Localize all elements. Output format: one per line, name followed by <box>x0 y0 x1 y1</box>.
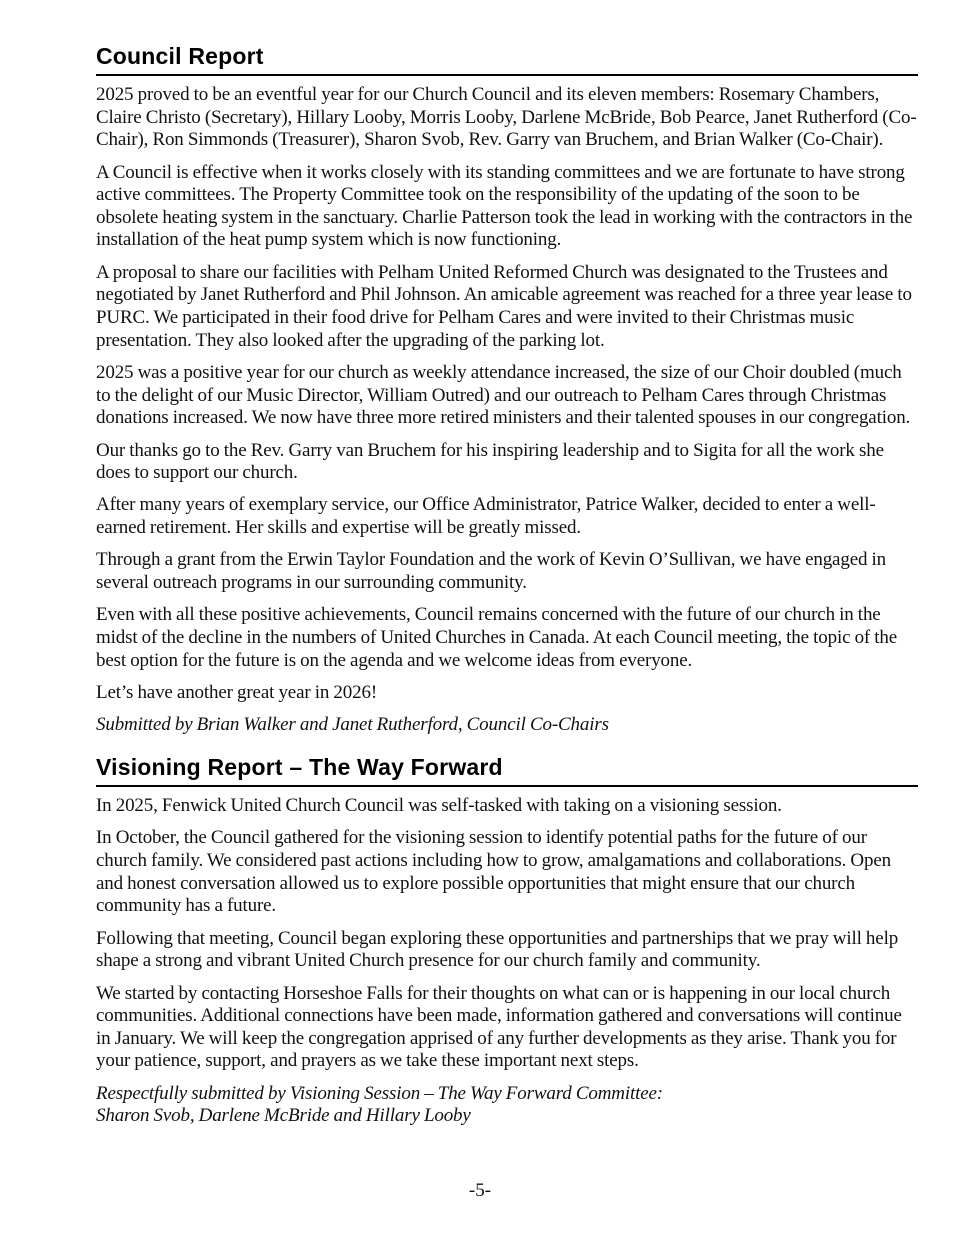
visioning-report-body: In 2025, Fenwick United Church Council w… <box>96 795 918 1128</box>
committees-paragraph: A Council is effective when it works clo… <box>96 162 918 252</box>
thanks-paragraph: Our thanks go to the Rev. Garry van Bruc… <box>96 440 918 485</box>
signature-members-line: Sharon Svob, Darlene McBride and Hillary… <box>96 1105 918 1128</box>
grant-paragraph: Through a grant from the Erwin Taylor Fo… <box>96 549 918 594</box>
council-members-paragraph: 2025 proved to be an eventful year for o… <box>96 84 918 152</box>
october-session-paragraph: In October, the Council gathered for the… <box>96 827 918 917</box>
horseshoe-falls-paragraph: We started by contacting Horseshoe Falls… <box>96 983 918 1073</box>
visioning-report-signature: Respectfully submitted by Visioning Sess… <box>96 1083 918 1128</box>
document-page: Council Report 2025 proved to be an even… <box>96 42 918 1138</box>
exploring-opportunities-paragraph: Following that meeting, Council began ex… <box>96 928 918 973</box>
council-report-heading: Council Report <box>96 42 918 76</box>
page-number: -5- <box>0 1180 960 1202</box>
closing-paragraph: Let’s have another great year in 2026! <box>96 682 918 705</box>
visioning-report-section: Visioning Report – The Way Forward In 20… <box>96 753 918 1128</box>
retirement-paragraph: After many years of exemplary service, o… <box>96 494 918 539</box>
future-concern-paragraph: Even with all these positive achievement… <box>96 604 918 672</box>
council-report-signature: Submitted by Brian Walker and Janet Ruth… <box>96 714 918 737</box>
visioning-report-heading: Visioning Report – The Way Forward <box>96 753 918 787</box>
signature-committee-line: Respectfully submitted by Visioning Sess… <box>96 1083 918 1106</box>
council-report-section: Council Report 2025 proved to be an even… <box>96 42 918 737</box>
visioning-intro-paragraph: In 2025, Fenwick United Church Council w… <box>96 795 918 818</box>
facilities-proposal-paragraph: A proposal to share our facilities with … <box>96 262 918 352</box>
positive-year-paragraph: 2025 was a positive year for our church … <box>96 362 918 430</box>
council-report-body: 2025 proved to be an eventful year for o… <box>96 84 918 737</box>
